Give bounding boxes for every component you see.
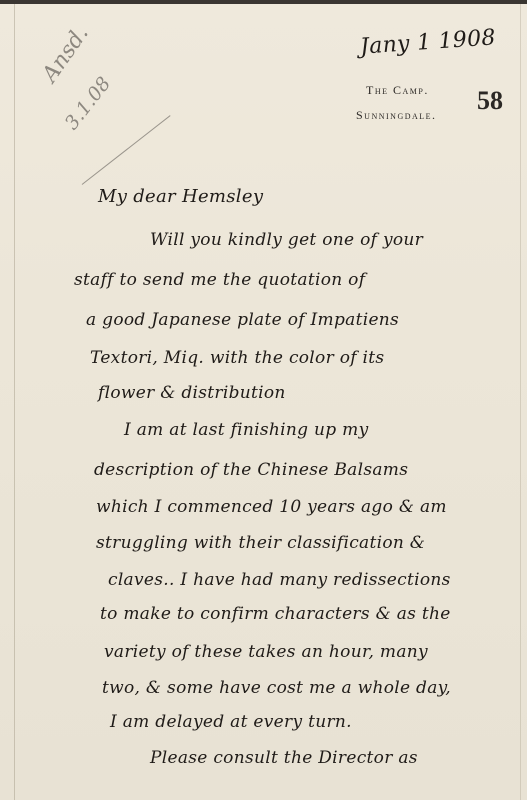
salutation: My dear Hemsley (98, 186, 263, 207)
body-line: I am at last finishing up my (124, 420, 369, 440)
body-line: Will you kindly get one of your (150, 230, 423, 250)
letter-page: Ansd. 3.1.08 Jany 1 1908 The Camp. Sunni… (0, 0, 527, 800)
body-line: variety of these takes an hour, many (104, 642, 428, 662)
letterhead-line-1: The Camp. (366, 83, 429, 98)
body-line: I am delayed at every turn. (110, 712, 352, 732)
body-line: staff to send me the quotation of (74, 270, 365, 290)
body-line: struggling with their classification & (96, 533, 425, 553)
body-line: flower & distribution (98, 383, 286, 403)
letterhead-line-2: Sunningdale. (356, 108, 437, 123)
body-line: Please consult the Director as (150, 748, 418, 768)
pencil-annotation-date: 3.1.08 (61, 73, 116, 134)
pencil-slash-mark (82, 115, 171, 185)
body-line: two, & some have cost me a whole day, (102, 678, 451, 698)
scan-top-edge (0, 0, 527, 4)
letter-date: Jany 1 1908 (359, 25, 496, 59)
page-fold-line-left (14, 4, 15, 800)
page-fold-line-right (520, 4, 521, 800)
body-line: Textori, Miq. with the color of its (90, 348, 384, 368)
pencil-annotation-answered: Ansd. (38, 22, 94, 87)
body-line: description of the Chinese Balsams (94, 460, 408, 480)
body-line: which I commenced 10 years ago & am (96, 497, 447, 517)
body-line: a good Japanese plate of Impatiens (86, 310, 399, 330)
folio-number: 58 (477, 86, 503, 116)
body-line: to make to confirm characters & as the (100, 604, 451, 624)
body-line: claves.. I have had many redissections (108, 570, 451, 590)
